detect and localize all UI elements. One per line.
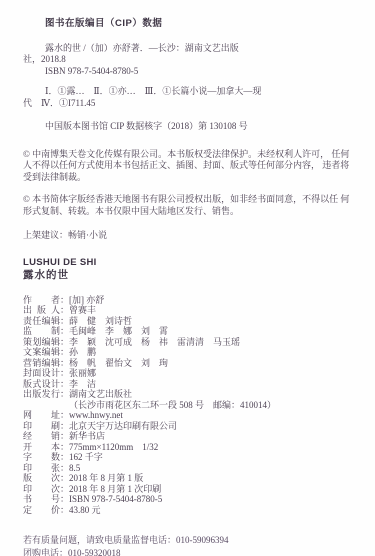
credit-row-planning-editor: 策划编辑：李 颖 沈可成 杨 祎 雷清清 马玉瑶 xyxy=(23,337,357,348)
credit-label: 定价 xyxy=(23,505,60,516)
credit-colon: ： xyxy=(60,368,69,379)
credit-row-supervisor: 监制：毛闽峰 李 娜 刘 霄 xyxy=(23,326,357,337)
credit-label: 开本 xyxy=(23,442,60,453)
credit-label: 策划编辑 xyxy=(23,337,60,348)
cip-title-line-2: 社，2018.8 xyxy=(23,54,357,66)
credit-colon: ： xyxy=(60,379,69,390)
credit-row-layout-design: 版式设计：李 洁 xyxy=(23,379,357,390)
group-purchase-hotline: 团购电话：010-59320018 xyxy=(23,547,357,556)
credit-value: 曾赛丰 xyxy=(69,305,96,316)
copyright-notices: © 中南博集天卷文化传媒有限公司。本书版权受法律保护。未经权利人许可， 任何人不… xyxy=(23,149,357,242)
credit-value: 李 颖 沈可成 杨 祎 雷清清 马玉瑶 xyxy=(69,337,240,348)
credit-colon: ： xyxy=(60,463,69,474)
credit-row-marketing-editor: 营销编辑：杨 帆 翟怡文 刘 珣 xyxy=(23,358,357,369)
credit-colon: ： xyxy=(60,410,69,421)
credit-row-format: 开本：775mm×1120mm 1/32 xyxy=(23,442,357,453)
credit-colon: ： xyxy=(60,421,69,432)
credit-row-cover-design: 封面设计：张丽娜 xyxy=(23,368,357,379)
credit-colon: ： xyxy=(60,505,69,516)
credit-row-word-count: 字数：162 千字 xyxy=(23,452,357,463)
cip-block: 露水的世 /（加）亦舒著．—长沙：湖南文艺出版 社，2018.8 ISBN 97… xyxy=(23,43,357,133)
credit-label: 印刷 xyxy=(23,421,60,432)
credit-row-price: 定价：43.80 元 xyxy=(23,505,357,516)
credit-value: 8.5 xyxy=(69,463,80,474)
credit-value: 薛 健 刘诗哲 xyxy=(69,316,132,327)
credit-colon: ： xyxy=(60,442,69,453)
copyright-notice-2: © 本书简体字版经香港天地图书有限公司授权出版，如非经书面同意，不得以任 何形式… xyxy=(23,194,357,217)
credit-label: 出版人 xyxy=(23,305,60,316)
credit-label: 封面设计 xyxy=(23,368,60,379)
credit-label: 版次 xyxy=(23,473,60,484)
cip-title-line-1: 露水的世 /（加）亦舒著．—长沙：湖南文艺出版 xyxy=(45,43,357,55)
credit-row-copy-editor: 文案编辑：孙 鹏 xyxy=(23,347,357,358)
credit-row-publisher-person: 出版人：曾赛丰 xyxy=(23,305,357,316)
credit-colon: ： xyxy=(60,326,69,337)
credit-colon: ： xyxy=(60,494,69,505)
credit-row-printer: 印刷：北京天宇万达印刷有限公司 xyxy=(23,421,357,432)
cip-class-line-2: 代 Ⅳ．①I711.45 xyxy=(23,98,357,110)
book-title-pinyin: LUSHUI DE SHI xyxy=(23,257,357,269)
cip-isbn-line: ISBN 978-7-5404-8780-5 xyxy=(45,66,357,78)
footer-notes: 若有质量问题，请致电质量监督电话：010-59096394 团购电话：010-5… xyxy=(23,534,357,556)
credit-row-publisher: 出版发行：湖南文艺出版社 xyxy=(23,389,357,400)
credit-row-impression: 印次：2018 年 8 月第 1 次印刷 xyxy=(23,484,357,495)
shelf-advice: 上架建议：畅销·小说 xyxy=(23,230,357,242)
colophon-credits: 作者：[加] 亦舒 出版人：曾赛丰 责任编辑：薛 健 刘诗哲 监制：毛闽峰 李 … xyxy=(23,295,357,516)
credit-colon: ： xyxy=(60,316,69,327)
cip-class-line-1: Ⅰ．①露… Ⅱ．①亦… Ⅲ．①长篇小说—加拿大—现 xyxy=(45,86,357,98)
credit-row-distributor: 经销：新华书店 xyxy=(23,431,357,442)
credit-row-responsible-editor: 责任编辑：薛 健 刘诗哲 xyxy=(23,316,357,327)
credit-value: 2018 年 8 月第 1 次印刷 xyxy=(69,484,161,495)
credit-value: ISBN 978-7-5404-8780-5 xyxy=(69,494,162,505)
credit-colon: ： xyxy=(60,473,69,484)
book-titles: LUSHUI DE SHI 露水的世 xyxy=(23,257,357,282)
publisher-address: （长沙市雨花区东二环一段 508 号 邮编：410014） xyxy=(69,400,357,411)
credit-value: 2018 年 8 月第 1 版 xyxy=(69,473,143,484)
credit-label: 作者 xyxy=(23,295,60,306)
credit-value: 湖南文艺出版社 xyxy=(69,389,132,400)
credit-value: 775mm×1120mm 1/32 xyxy=(69,442,158,453)
credit-colon: ： xyxy=(60,337,69,348)
credit-colon: ： xyxy=(60,358,69,369)
credit-row-author: 作者：[加] 亦舒 xyxy=(23,295,357,306)
credit-value: 北京天宇万达印刷有限公司 xyxy=(69,421,177,432)
notice1-line1: © 中南博集天卷文化传媒有限公司。本书版权受法律保护。未经权利人许可， xyxy=(23,149,329,159)
credit-colon: ： xyxy=(60,305,69,316)
cip-record-line: 中国版本图书馆 CIP 数据核字（2018）第 130108 号 xyxy=(45,121,357,133)
credit-colon: ： xyxy=(60,295,69,306)
credit-label: 出版发行 xyxy=(23,389,60,400)
credit-value: 162 千字 xyxy=(69,452,103,463)
cip-header: 图书在版编目（CIP）数据 xyxy=(45,18,357,30)
credit-value: 43.80 元 xyxy=(69,505,101,516)
credit-label: 经销 xyxy=(23,431,60,442)
credit-value: 新华书店 xyxy=(69,431,105,442)
credit-colon: ： xyxy=(60,431,69,442)
credit-value: 孙 鹏 xyxy=(69,347,96,358)
credit-value: 毛闽峰 李 娜 刘 霄 xyxy=(69,326,168,337)
credit-label: 网址 xyxy=(23,410,60,421)
credit-label: 监制 xyxy=(23,326,60,337)
credit-value: 张丽娜 xyxy=(69,368,96,379)
credit-colon: ： xyxy=(60,389,69,400)
notice2-line1: © 本书简体字版经香港天地图书有限公司授权出版，如非经书面同意，不得以任 xyxy=(23,194,338,204)
copyright-page: 图书在版编目（CIP）数据 露水的世 /（加）亦舒著．—长沙：湖南文艺出版 社，… xyxy=(0,0,375,556)
credit-label: 文案编辑 xyxy=(23,347,60,358)
copyright-notice-1: © 中南博集天卷文化传媒有限公司。本书版权受法律保护。未经权利人许可， 任何人不… xyxy=(23,149,357,184)
credit-row-sheets: 印张：8.5 xyxy=(23,463,357,474)
credit-label: 版式设计 xyxy=(23,379,60,390)
credit-label: 责任编辑 xyxy=(23,316,60,327)
credit-label: 字数 xyxy=(23,452,60,463)
credit-value: [加] 亦舒 xyxy=(69,295,104,306)
book-title-chinese: 露水的世 xyxy=(23,269,357,282)
credit-label: 印次 xyxy=(23,484,60,495)
credit-colon: ： xyxy=(60,452,69,463)
credit-value: 杨 帆 翟怡文 刘 珣 xyxy=(69,358,168,369)
quality-hotline: 若有质量问题，请致电质量监督电话：010-59096394 xyxy=(23,534,357,547)
credit-colon: ： xyxy=(60,484,69,495)
credit-row-edition: 版次：2018 年 8 月第 1 版 xyxy=(23,473,357,484)
credit-label: 营销编辑 xyxy=(23,358,60,369)
credit-colon: ： xyxy=(60,347,69,358)
credit-value: 李 洁 xyxy=(69,379,96,390)
credit-label: 印张 xyxy=(23,463,60,474)
credit-row-isbn: 书号：ISBN 978-7-5404-8780-5 xyxy=(23,494,357,505)
credit-label: 书号 xyxy=(23,494,60,505)
credit-value: www.hnwy.net xyxy=(69,410,123,421)
credit-row-website: 网址：www.hnwy.net xyxy=(23,410,357,421)
